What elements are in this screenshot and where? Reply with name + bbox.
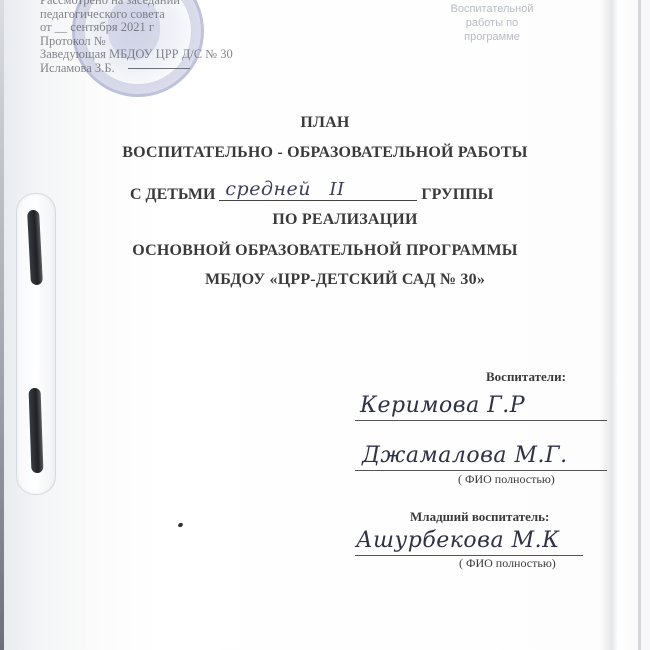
approval-line: педагогического совета xyxy=(40,8,233,22)
title-work-type: ВОСПИТАТЕЛЬНО - ОБРАЗОВАТЕЛЬНОЙ РАБОТЫ xyxy=(0,144,650,162)
approval-signature-line xyxy=(128,68,190,69)
educators-label: Воспитатели: xyxy=(486,369,566,385)
group-prefix: С ДЕТЬМИ xyxy=(130,186,215,204)
approval-line: Протокол № xyxy=(40,35,233,49)
educator-signature: Керимова Г.Р xyxy=(360,393,525,418)
title-implementation: ПО РЕАЛИЗАЦИИ xyxy=(20,211,650,229)
title-institution: МБДОУ «ЦРР-ДЕТСКИЙ САД № 30» xyxy=(20,271,650,289)
signature-line xyxy=(355,420,607,421)
bleed-line: Воспитательной работы по xyxy=(432,2,552,30)
group-field: средней II xyxy=(219,178,417,201)
group-handwritten-value: средней xyxy=(225,178,311,200)
bleed-through-text: Воспитательной работы по программе xyxy=(432,2,552,44)
page-left-edge xyxy=(0,0,4,650)
title-program: ОСНОВНОЙ ОБРАЗОВАТЕЛЬНОЙ ПРОГРАММЫ xyxy=(0,242,650,260)
signature-line xyxy=(355,470,607,471)
group-handwritten-number: II xyxy=(329,179,344,200)
document-page: Рассмотрено на заседании педагогического… xyxy=(0,0,650,650)
approval-block: Рассмотрено на заседании педагогического… xyxy=(40,0,233,75)
fio-caption: ( ФИО полностью) xyxy=(459,556,556,571)
bleed-line: программе xyxy=(432,30,552,44)
page-right-edge xyxy=(638,0,641,650)
junior-educator-label: Младший воспитатель: xyxy=(410,509,549,525)
approval-line: от __ сентября 2021 г xyxy=(40,21,233,35)
group-suffix: ГРУППЫ xyxy=(421,186,493,204)
ink-speck xyxy=(177,522,183,528)
junior-educator-signature: Ашурбекова М.К xyxy=(356,528,560,553)
fio-caption: ( ФИО полностью) xyxy=(458,472,555,487)
group-row: С ДЕТЬМИ средней II ГРУППЫ xyxy=(130,178,493,204)
approval-line: Заведующая МБДОУ ЦРР Д/С № 30 xyxy=(40,48,233,62)
educator-signature: Джамалова М.Г. xyxy=(362,443,568,468)
title-plan: ПЛАН xyxy=(0,114,650,132)
